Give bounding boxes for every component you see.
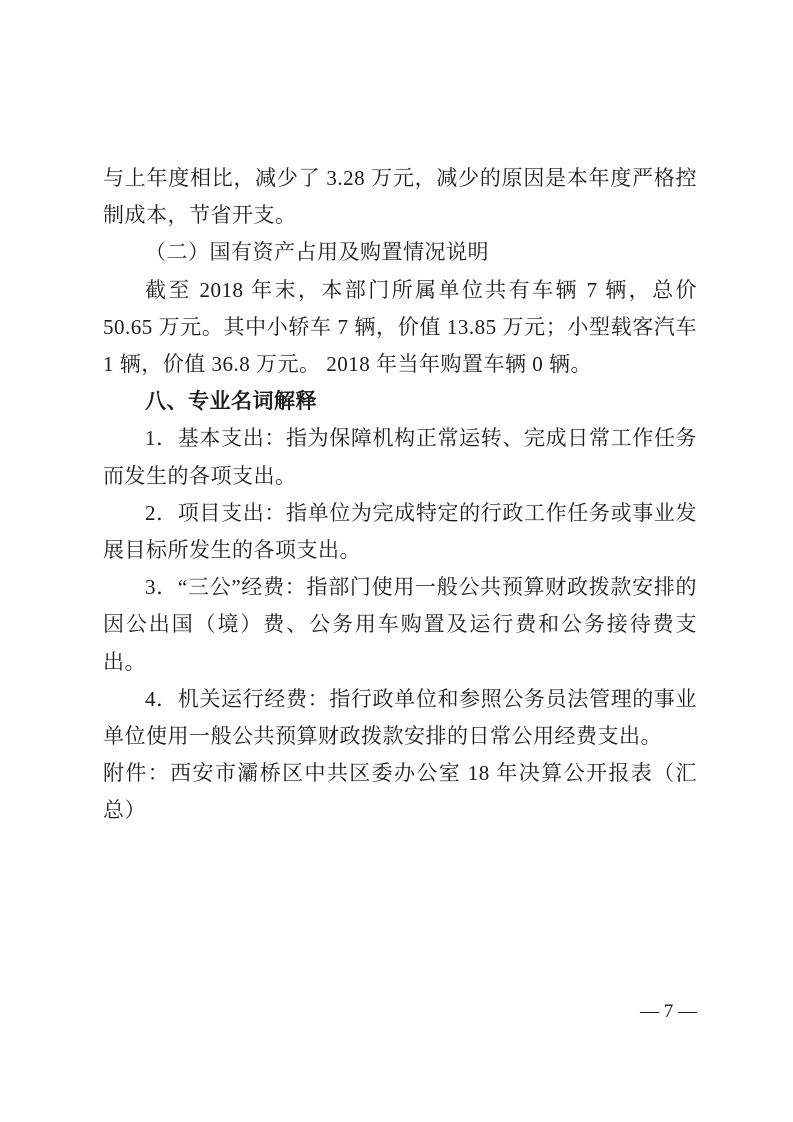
paragraph: 2．项目支出：指单位为完成特定的行政工作任务或事业发展目标所发生的各项支出。 — [103, 495, 697, 569]
page-footer: — 7 — — [103, 1000, 703, 1024]
document-body: 与上年度相比，减少了 3.28 万元，减少的原因是本年度严格控制成本，节省开支。… — [103, 160, 697, 830]
paragraph: 4．机关运行经费：指行政单位和参照公务员法管理的事业单位使用一般公共预算财政拨款… — [103, 681, 697, 755]
document-page: 与上年度相比，减少了 3.28 万元，减少的原因是本年度严格控制成本，节省开支。… — [0, 0, 793, 1122]
paragraph: 截至 2018 年末，本部门所属单位共有车辆 7 辆，总价 50.65 万元。其… — [103, 272, 697, 384]
paragraph: 与上年度相比，减少了 3.28 万元，减少的原因是本年度严格控制成本，节省开支。 — [103, 160, 697, 234]
paragraph: （二）国有资产占用及购置情况说明 — [103, 234, 697, 271]
paragraph: 1．基本支出：指为保障机构正常运转、完成日常工作任务而发生的各项支出。 — [103, 420, 697, 494]
paragraph: 3．“三公”经费：指部门使用一般公共预算财政拨款安排的因公出国（境）费、公务用车… — [103, 569, 697, 681]
page-number: — 7 — — [640, 1001, 697, 1022]
attachment-line: 附件：西安市灞桥区中共区委办公室 18 年决算公开报表（汇总） — [103, 755, 697, 829]
section-heading: 八、专业名词解释 — [103, 383, 697, 420]
